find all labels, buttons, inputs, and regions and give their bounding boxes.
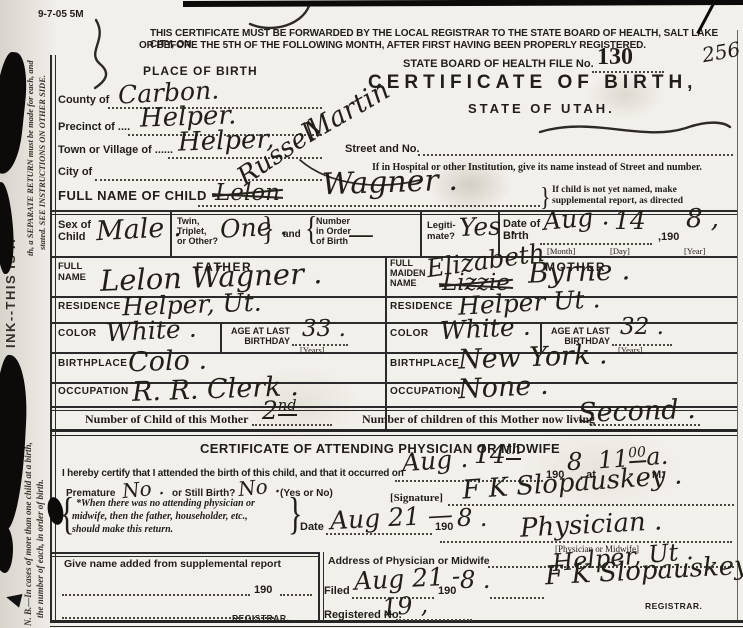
filed-label: Filed (324, 585, 350, 597)
filed-year-written: 8 . (460, 568, 491, 592)
mother-age-value: 32 . (620, 316, 664, 339)
father-age-label: AGE AT LAST BIRTHDAY (228, 326, 290, 346)
premature-value: No . (121, 477, 165, 501)
dob-year-printed: ,190 (658, 231, 679, 243)
precinct-label: Precinct of .... (58, 121, 130, 133)
child-number-suffix: nd (278, 398, 297, 416)
supplemental-label: Give name added from supplemental report (64, 558, 281, 570)
stillbirth-value: No . (237, 475, 281, 499)
form-code: 9-7-05 5M (38, 9, 84, 20)
town-label: Town or Village of ...... (58, 144, 173, 156)
mother-name-label: FULL MAIDEN NAME (390, 258, 426, 288)
father-age-value: 33 . (302, 318, 346, 341)
dotted-leader (540, 243, 652, 245)
file-number-value: 130 (597, 44, 633, 71)
child-number-value: 2nd (262, 398, 297, 423)
father-occupation-label: OCCUPATION (58, 386, 129, 397)
form-right-border (737, 30, 738, 622)
supplemental-year: 190 (254, 584, 272, 596)
pen-scribble (95, 20, 106, 88)
child-surname: Wagner . (322, 166, 459, 201)
legitimate-value: Yes . (459, 213, 518, 240)
margin-nb-note-2: the number of each, in order of birth. (35, 479, 45, 618)
child-crossed-name-text: Lelon (215, 182, 280, 205)
living-children-label: Number of children of this Mother now li… (362, 412, 595, 427)
dotted-leader (418, 154, 733, 156)
father-color-value: White . (105, 316, 197, 346)
child-note-line1: If child is not yet named, make (552, 185, 677, 195)
year-bracket: [Year] (684, 246, 705, 256)
twin-label: Twin, Triplet, or Other? (177, 216, 218, 246)
father-birthplace-label: BIRTHPLACE (58, 358, 127, 369)
birth-certificate-scan: INK--THIS IS A th, a SEPARATE RETURN mus… (0, 0, 743, 628)
margin-separate-return-note: th, a SEPARATE RETURN must be made for e… (25, 60, 35, 256)
date-value: Aug 21 — (329, 502, 453, 533)
child-name-label: FULL NAME OF CHILD (58, 188, 207, 203)
margin-nb-note: N. B.—In cases of more than one child at… (23, 442, 33, 626)
ink-blot (0, 525, 13, 573)
dotted-leader (490, 597, 544, 599)
county-label: County of (58, 94, 109, 106)
dotted-leader (280, 594, 312, 596)
overwritten-name: Martin (300, 76, 395, 146)
child-crossed-name: Lelon (215, 182, 280, 205)
date-year-written: 8 . (457, 506, 488, 530)
sex-label: Sex of Child (58, 219, 91, 244)
mother-residence-label: RESIDENCE (390, 301, 453, 312)
occurred-day-suffix: th (506, 442, 521, 460)
no-physician-note-line3: should make this return. (72, 524, 173, 535)
twin-value: One . (219, 213, 288, 241)
certificate-title: CERTIFICATE OF BIRTH, (368, 72, 697, 94)
father-name-label: FULL NAME (58, 262, 86, 283)
dotted-leader (62, 594, 250, 596)
pen-scribble (250, 6, 309, 28)
capacity-value: Physician . (519, 508, 662, 541)
state-subtitle: STATE OF UTAH. (468, 101, 615, 116)
order-value: — (348, 222, 374, 248)
registrar-label-left: REGISTRAR. (232, 613, 289, 623)
pen-flourish (540, 123, 730, 133)
corner-number: 256 (701, 39, 742, 65)
mother-occupation-label: OCCUPATION (390, 386, 461, 397)
registered-value: 19 , (381, 592, 428, 619)
form-bottom-border (50, 620, 743, 627)
cell-divider (220, 322, 222, 352)
form-left-border (50, 55, 56, 622)
mother-color-value: White . (439, 314, 531, 344)
legitimate-label: Legiti- mate? (427, 221, 456, 242)
mother-birthplace-value: New York . (458, 341, 608, 373)
years-bracket: [Years] (300, 345, 325, 355)
filed-value: Aug 21 - (353, 563, 460, 594)
mother-occupation-value: None . (457, 372, 549, 404)
no-physician-note-line2: midwife, then the father, householder, e… (72, 511, 248, 522)
order-label: Number in Order of Birth (316, 216, 351, 246)
registrar-label-right: REGISTRAR. (645, 601, 702, 611)
father-residence-label: RESIDENCE (58, 301, 121, 312)
dotted-leader (448, 504, 734, 506)
sex-value: Male . (95, 214, 182, 245)
street-label: Street and No. (345, 143, 420, 155)
file-number-label: STATE BOARD OF HEALTH FILE No. (403, 58, 594, 70)
scan-edge-band (183, 0, 743, 7)
father-birthplace-value: Colo . (128, 347, 208, 377)
dob-year-written: 8 , (686, 206, 719, 232)
dob-day: 14 (614, 208, 646, 233)
dotted-leader (95, 179, 322, 181)
city-label: City of (58, 166, 92, 178)
years-bracket: [Years] (618, 345, 643, 355)
dob-month: Aug . (542, 203, 610, 234)
date-label: Date (300, 521, 324, 533)
rule (50, 552, 318, 557)
parents-center-divider (385, 256, 387, 430)
cell-divider (420, 212, 422, 256)
forward-notice-line2: OR BEFORE THE 5TH OF THE FOLLOWING MONTH… (139, 40, 646, 51)
mother-color-label: COLOR (390, 328, 429, 339)
arrow-mark (5, 590, 23, 607)
occurred-time-minutes: 00 (628, 444, 647, 463)
mother-surname: Byrne . (528, 256, 631, 288)
occurred-day: 14th (474, 442, 521, 467)
father-color-label: COLOR (58, 328, 97, 339)
mother-birthplace-label: BIRTHPLACE (390, 358, 459, 369)
certify-text: I hereby certify that I attended the bir… (62, 468, 404, 479)
occurred-day-number: 14 (474, 440, 506, 469)
margin-see-instructions-note: stated. SEE INSTRUCTIONS ON OTHER SIDE. (37, 75, 47, 250)
living-children-value: Second . (578, 396, 697, 427)
child-number-label: Number of Child of this Mother (85, 412, 248, 427)
no-physician-note-line1: *When there was no attending physician o… (76, 498, 255, 509)
child-number-digit: 2 (262, 396, 278, 425)
occurred-month: Aug . (401, 446, 469, 476)
rule (50, 429, 737, 436)
